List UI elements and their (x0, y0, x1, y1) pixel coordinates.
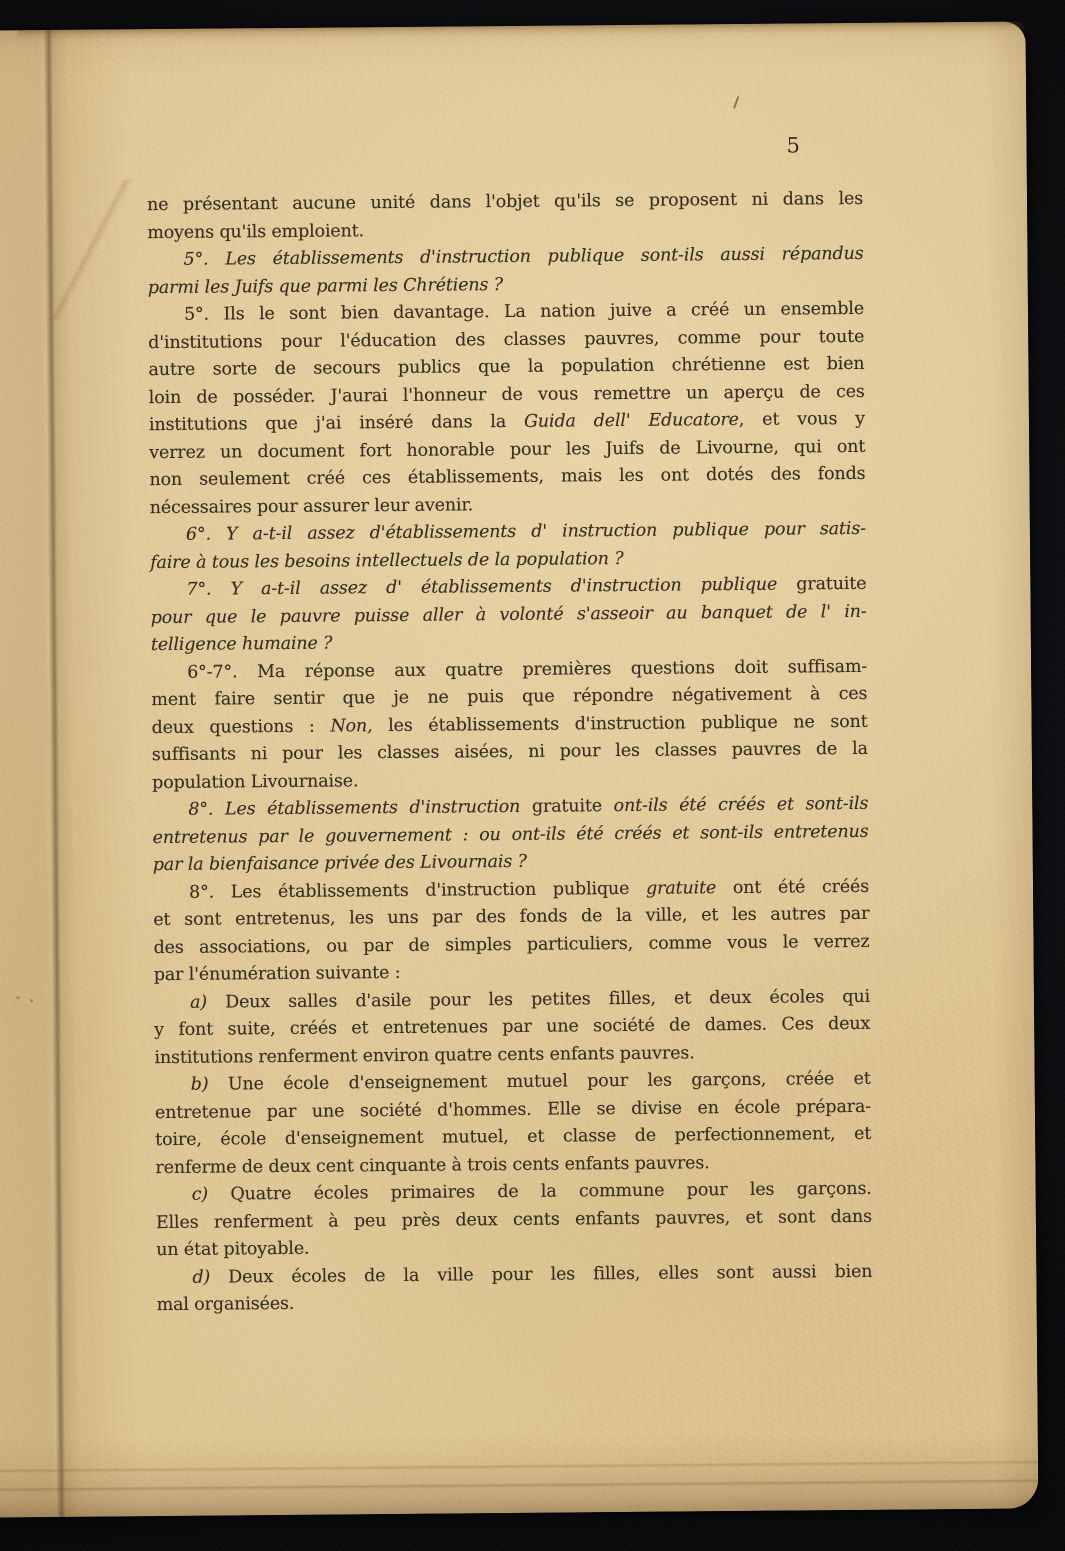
page-gutter-fold (0, 29, 141, 1517)
italic-segment: parmi les Juifs que parmi les Chrétiens … (148, 275, 503, 298)
roman-segment: 8°. Les établissements d'instruction pub… (189, 878, 646, 902)
italic-segment: b) (191, 1075, 209, 1095)
ink-stray-mark (733, 96, 739, 109)
roman-segment: suffisants ni pour les classes aisées, n… (152, 739, 868, 765)
italic-segment: par la bienfaisance privée des Livournai… (153, 852, 527, 875)
roman-segment: deux questions : (152, 716, 331, 738)
italic-segment: 7°. Y a-t-il assez d' établissements d'i… (186, 574, 796, 599)
italic-segment: Guida dell' Educatore (524, 410, 739, 432)
roman-segment: institutions renferment environ quatre c… (154, 1043, 694, 1068)
page-top-edge-shadow (18, 21, 1026, 40)
page-number: 5 (786, 133, 800, 157)
roman-segment: verrez un document fort honorable pour l… (149, 436, 865, 462)
roman-segment: 6°-7°. Ma réponse aux quatre premières q… (187, 656, 867, 682)
roman-segment: les établissements d'instruction publiqu… (372, 711, 867, 735)
text-block: ne présentant aucune unité dans l'objet … (147, 186, 873, 1320)
roman-segment: ment faire sentir que je ne puis que rép… (151, 684, 867, 710)
italic-segment: telligence humaine ? (151, 634, 333, 656)
roman-segment: Quatre écoles primaires de la commune po… (208, 1179, 872, 1205)
paper-speck (30, 999, 33, 1002)
roman-segment: nécessaires pour assurer leur avenir. (150, 495, 474, 518)
italic-segment: a) (190, 992, 207, 1012)
roman-segment: ne présentant aucune unité dans l'objet … (147, 189, 863, 215)
roman-segment: Une école d'enseignement mutuel pour les… (208, 1069, 870, 1095)
roman-segment: autre sorte de secours publics que la po… (148, 354, 864, 380)
text-line: mal organisées. (157, 1286, 873, 1320)
italic-segment: Non, (330, 716, 372, 736)
paper-speck (16, 996, 20, 999)
roman-segment: des associations, ou par de simples part… (153, 931, 869, 957)
roman-segment: ont été créés (716, 876, 869, 897)
italic-segment: pour que le pauvre puisse aller à volont… (151, 601, 867, 627)
italic-segment: 8°. Les établissements d'instruction (188, 797, 532, 820)
roman-segment: y font suite, créés et entretenues par u… (154, 1014, 870, 1040)
roman-segment: non seulement créé ces établissements, m… (149, 464, 865, 490)
underleaf-bottom-edges (0, 1430, 1038, 1517)
roman-segment: entretenue par une société d'hommes. Ell… (155, 1096, 871, 1122)
roman-segment: gratuite (796, 574, 866, 595)
roman-segment: gratuite (532, 796, 602, 817)
roman-segment: population Livournaise. (152, 771, 358, 793)
roman-segment: et sont entretenus, les uns par des fond… (153, 904, 869, 930)
roman-segment: par l'énumération suivante : (154, 963, 401, 985)
italic-segment: faire à tous les besoins intellectuels d… (150, 548, 624, 572)
roman-segment: d'institutions pour l'éducation des clas… (148, 326, 864, 352)
italic-segment: entretenus par le gouvernement : ou ont-… (152, 821, 868, 847)
italic-segment: 5°. Les établissements d'instruction pub… (183, 244, 863, 270)
roman-segment: mal organisées. (157, 1294, 295, 1315)
roman-segment: loin de posséder. J'aurai l'honneur de v… (149, 381, 865, 407)
roman-segment: un état pitoyable. (156, 1239, 309, 1260)
roman-segment: , et vous y (739, 409, 865, 430)
roman-segment: 5°. Ils le sont bien davantage. La natio… (184, 299, 864, 325)
roman-segment: institutions que j'ai inséré dans la (149, 412, 524, 435)
roman-segment: Elles renferment à peu près deux cents e… (156, 1206, 872, 1232)
roman-segment: renferme de deux cent cinquante à trois … (155, 1153, 709, 1178)
roman-segment: Deux salles d'asile pour les petites fil… (207, 986, 870, 1012)
italic-segment: d) (192, 1267, 210, 1287)
book-page: 5 ne présentant aucune unité dans l'obje… (0, 21, 1038, 1517)
italic-segment: gratuite (646, 878, 716, 899)
roman-segment: moyens qu'ils emploient. (147, 221, 364, 243)
italic-segment: c) (192, 1185, 209, 1205)
roman-segment: Deux écoles de la ville pour les filles,… (210, 1261, 872, 1287)
italic-segment: 6°. Y a-t-il assez d'établissements d' i… (186, 519, 866, 545)
italic-segment: ont-ils été créés et sont-ils (602, 794, 868, 816)
roman-segment: toire, école d'enseignement mutuel, et c… (155, 1124, 871, 1150)
scanned-book-photo: 5 ne présentant aucune unité dans l'obje… (0, 0, 1065, 1551)
